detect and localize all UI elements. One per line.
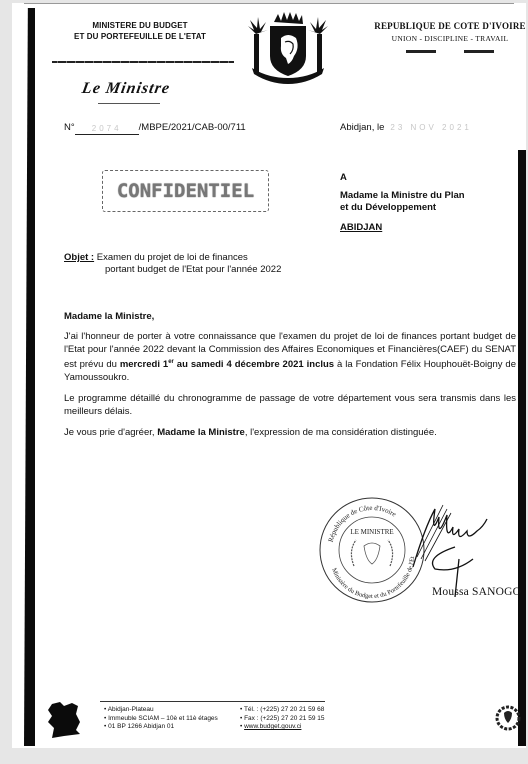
salutation: Madame la Ministre, — [64, 311, 154, 322]
recipient-block: A Madame la Ministre du Plan et du Dével… — [340, 172, 465, 234]
scan-right-border — [518, 150, 526, 746]
cote-divoire-map-icon — [46, 700, 84, 740]
svg-text:LE MINISTRE: LE MINISTRE — [350, 528, 393, 536]
header-divider — [52, 61, 234, 63]
footer-divider — [100, 701, 325, 702]
footer-fax: • Fax : (+225) 27 20 21 59 15 — [240, 715, 324, 724]
paragraph-1: J'ai l'honneur de porter à votre connais… — [64, 331, 516, 384]
paragraph-3: Je vous prie d'agréer, Madame la Ministr… — [64, 427, 516, 440]
scan-edge — [24, 3, 514, 4]
ministry-line-2: ET DU PORTEFEUILLE DE L'ETAT — [60, 31, 220, 42]
recipient-city: ABIDJAN — [340, 222, 465, 234]
date-stamp: 23 NOV 2021 — [390, 123, 471, 132]
minister-title: Le Ministre — [80, 80, 171, 98]
ministry-emblem-icon — [495, 705, 521, 731]
minister-title-underline — [98, 103, 160, 104]
motto-underline — [370, 50, 528, 53]
footer-contact: • Tél. : (+225) 27 20 21 59 68 • Fax : (… — [240, 706, 324, 732]
place: Abidjan, le — [340, 122, 384, 133]
republic-motto: UNION - DISCIPLINE - TRAVAIL — [370, 34, 528, 43]
subject-line-2: portant budget de l'Etat pour l'année 20… — [64, 264, 281, 276]
subject-line-1: Examen du projet de loi de finances — [97, 252, 248, 263]
subject-label: Objet : — [64, 252, 94, 263]
recipient-a: A — [340, 172, 465, 184]
republic-header: REPUBLIQUE DE COTE D'IVOIRE UNION - DISC… — [370, 21, 528, 53]
svg-text:République de Côte d'Ivoire: République de Côte d'Ivoire — [327, 504, 398, 543]
paragraph-2: Le programme détaillé du chronogramme de… — [64, 393, 516, 418]
coat-of-arms-icon — [248, 12, 328, 84]
handwritten-signature — [395, 497, 505, 597]
website-link[interactable]: www.budget.gouv.ci — [244, 723, 301, 730]
footer-address: • Abidjan-Plateau • Immeuble SCIAM – 10è… — [104, 706, 218, 732]
place-date: Abidjan, le23 NOV 2021 — [340, 122, 472, 133]
signer-name: Moussa SANOGO — [432, 586, 521, 598]
confidential-stamp: CONFIDENTIEL — [102, 170, 269, 212]
footer-phone: • Tél. : (+225) 27 20 21 59 68 — [240, 706, 324, 715]
handwritten-number: 2074 — [75, 124, 139, 135]
republic-name: REPUBLIQUE DE COTE D'IVOIRE — [370, 21, 528, 31]
subject-block: Objet : Examen du projet de loi de finan… — [64, 252, 281, 276]
letter-body: J'ai l'honneur de porter à votre connais… — [64, 331, 516, 449]
recipient-line-2: et du Développement — [340, 202, 465, 214]
recipient-line-1: Madame la Ministre du Plan — [340, 190, 465, 202]
ministry-line-1: MINISTERE DU BUDGET — [60, 20, 220, 31]
ministry-header: MINISTERE DU BUDGET ET DU PORTEFEUILLE D… — [60, 20, 220, 42]
reference-suffix: /MBPE/2021/CAB-00/711 — [139, 122, 246, 133]
reference-number: N°2074/MBPE/2021/CAB-00/711 — [64, 122, 246, 135]
